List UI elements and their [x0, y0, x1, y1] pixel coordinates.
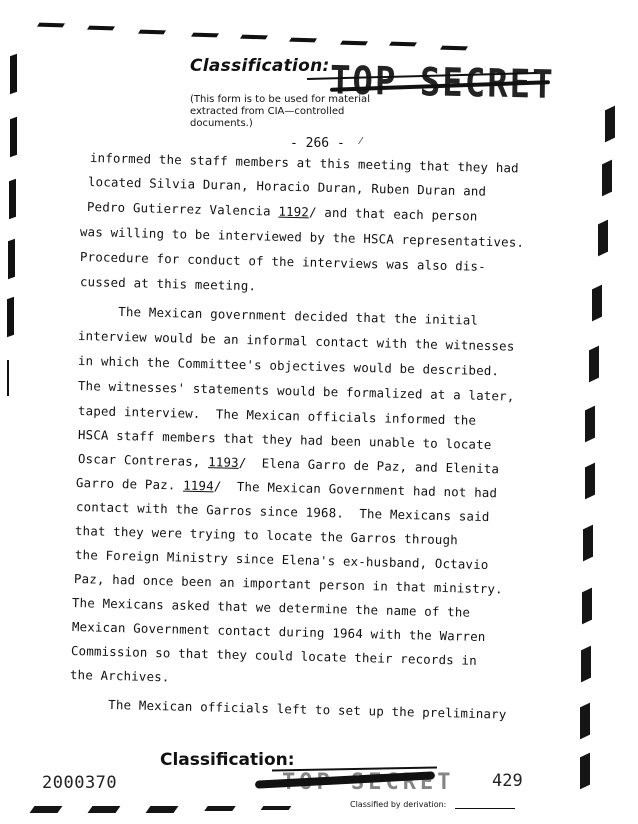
document-page: Classification: TOP SECRET (This form is… [0, 0, 638, 824]
text-line: informed the staff members at this meeti… [90, 150, 519, 175]
classification-label-bottom: Classification: [160, 750, 295, 770]
document-id: 2000370 [42, 773, 117, 793]
footnote-reference: 1193 [208, 454, 239, 470]
text-line: The Mexicans asked that we determine the… [72, 595, 471, 620]
text-line: cussed at this meeting. [80, 274, 257, 293]
footnote-reference: 1192 [278, 204, 309, 220]
form-usage-note: (This form is to be used for material ex… [190, 94, 390, 130]
text-line: The Mexican government decided that the … [80, 303, 479, 328]
derivation-line [455, 808, 515, 809]
footnote-reference: 1194 [183, 478, 214, 494]
text-line: Oscar Contreras, 1193/ Elena Garro de Pa… [78, 451, 500, 476]
text-line: interview would be an informal contact w… [78, 328, 515, 354]
text-line: Commission so that they could locate the… [71, 643, 477, 668]
text-line: The witnesses' statements would be forma… [78, 378, 515, 404]
text-line: Paz, had once been an important person i… [74, 571, 503, 596]
classification-label-top: Classification: [190, 56, 330, 76]
check-mark-icon: ⁄ [360, 136, 362, 147]
text-line: the Foreign Ministry since Elena's ex-hu… [75, 547, 489, 572]
text-line: The Mexican officials left to set up the… [70, 696, 507, 722]
text-line: contact with the Garros since 1968. The … [76, 499, 490, 524]
page-number: - 266 - [290, 136, 345, 151]
text-line: Pedro Gutierrez Valencia 1192/ and that … [87, 199, 478, 224]
text-line: located Silvia Duran, Horacio Duran, Rub… [88, 174, 487, 199]
text-line: was willing to be interviewed by the HSC… [80, 224, 525, 250]
derivation-note: Classified by derivation: [350, 800, 446, 809]
text-line: taped interview. The Mexican officials i… [78, 403, 477, 428]
text-line: Garro de Paz. 1194/ The Mexican Governme… [76, 475, 498, 500]
text-line: Procedure for conduct of the interviews … [80, 249, 486, 274]
text-line: the Archives. [70, 667, 170, 684]
sheet-number: 429 [492, 771, 523, 791]
text-line: HSCA staff members that they had been un… [78, 427, 492, 452]
text-line: Mexican Government contact during 1964 w… [72, 619, 486, 644]
text-line: in which the Committee's objectives woul… [78, 353, 500, 378]
text-line: that they were trying to locate the Garr… [75, 523, 458, 547]
